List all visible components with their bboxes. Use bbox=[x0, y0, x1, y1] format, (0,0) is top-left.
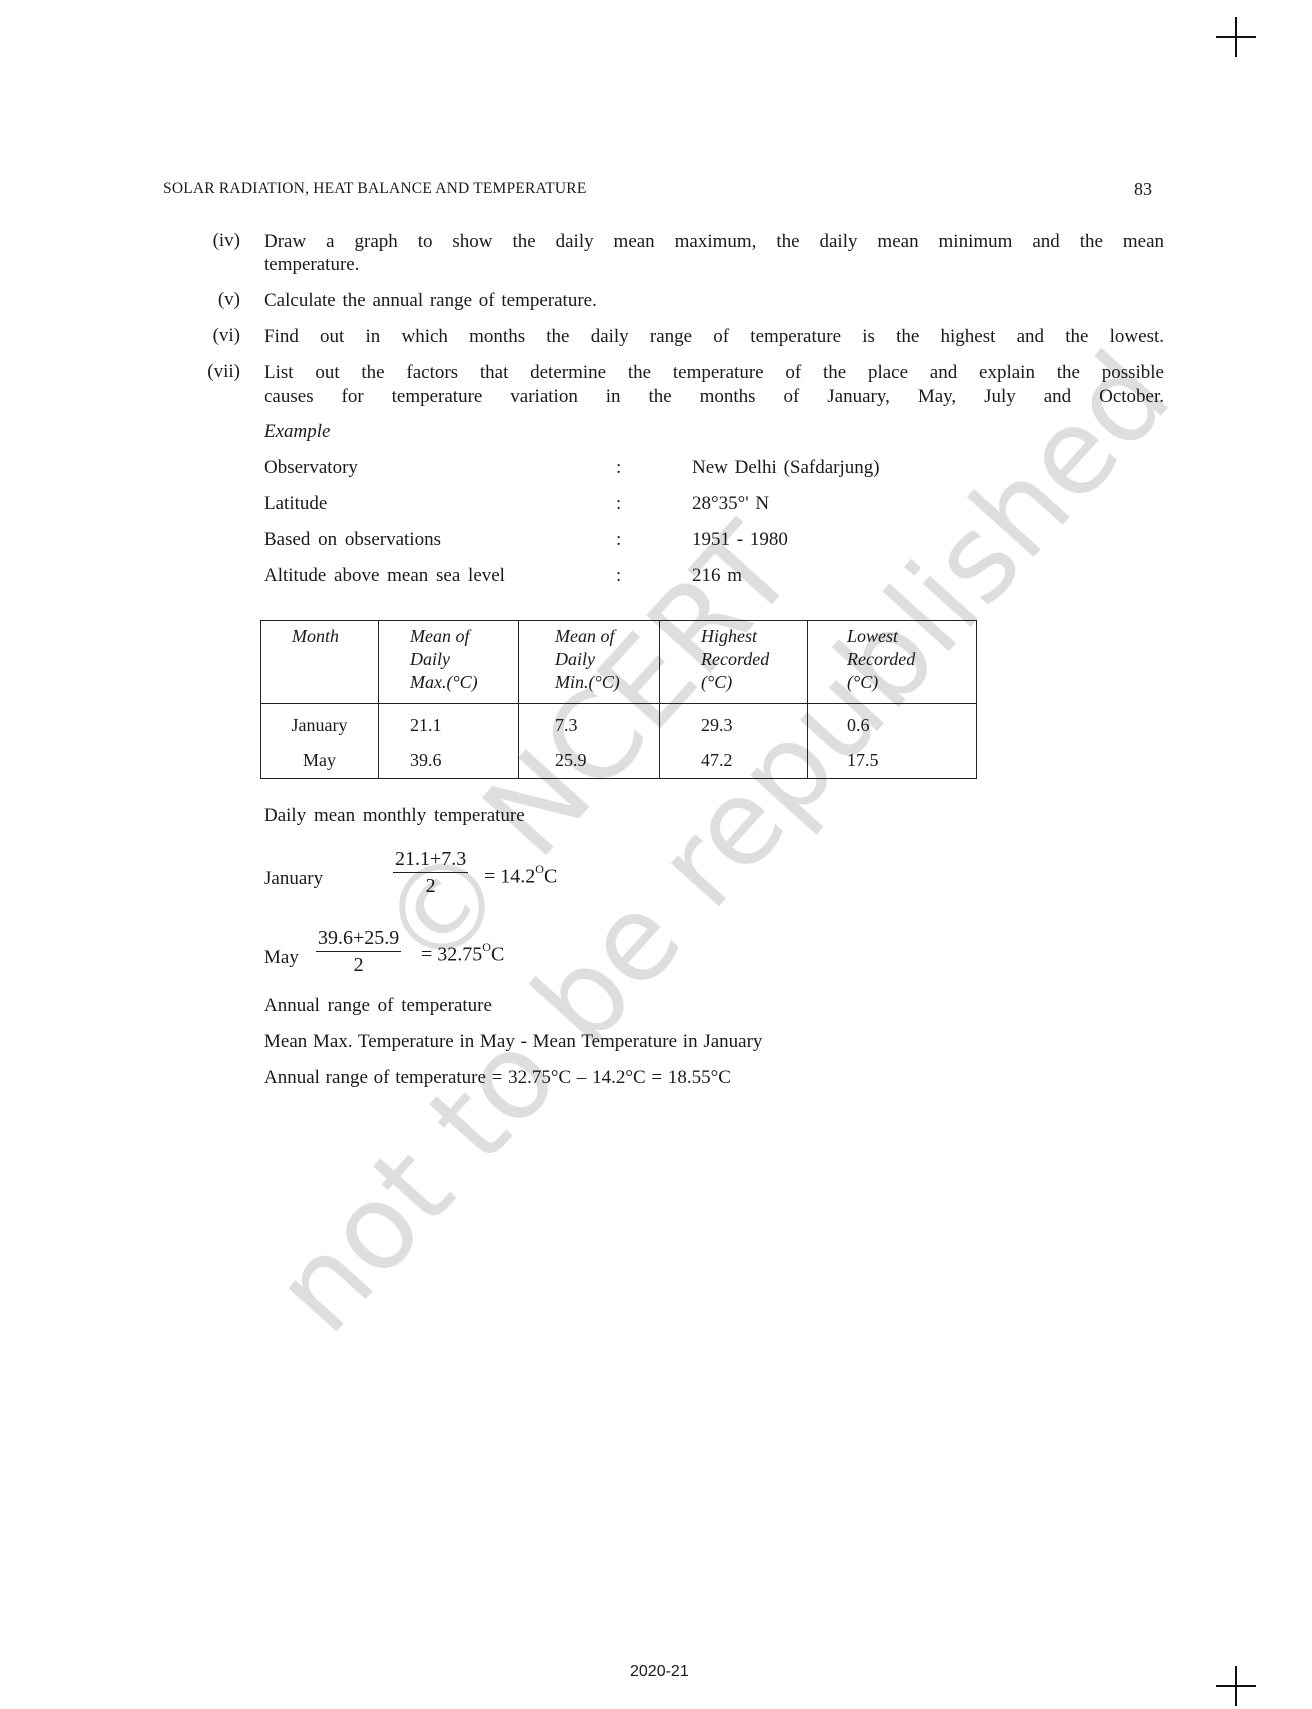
info-value: 216 m bbox=[692, 565, 742, 587]
question-number: (v) bbox=[162, 289, 240, 311]
daily-mean-heading: Daily mean monthly temperature bbox=[264, 805, 525, 827]
table-cell: 7.3 bbox=[519, 704, 660, 744]
table-cell: May bbox=[261, 743, 379, 779]
question-number: (vii) bbox=[162, 361, 240, 383]
column-header-mean-daily-min: Mean ofDailyMin.(°C) bbox=[519, 621, 660, 704]
info-label: Altitude above mean sea level bbox=[264, 565, 505, 587]
calc-result: = 32.75OC bbox=[421, 942, 504, 967]
info-label: Observatory bbox=[264, 457, 358, 479]
example-label: Example bbox=[264, 421, 330, 443]
annual-range-formula: Mean Max. Temperature in May - Mean Temp… bbox=[264, 1031, 762, 1053]
question-text: Calculate the annual range of temperatur… bbox=[264, 289, 1164, 312]
calc-result: = 14.2OC bbox=[484, 864, 557, 889]
table-cell: 17.5 bbox=[808, 743, 977, 779]
table-cell: 21.1 bbox=[379, 704, 519, 744]
question-text: causes for temperature variation in the … bbox=[264, 385, 1164, 408]
table-row: May 39.6 25.9 47.2 17.5 bbox=[261, 743, 977, 779]
table-cell: 47.2 bbox=[660, 743, 808, 779]
fraction-numerator: 21.1+7.3 bbox=[393, 846, 468, 873]
info-label: Latitude bbox=[264, 493, 327, 515]
info-colon: : bbox=[616, 529, 621, 551]
question-number: (vi) bbox=[162, 325, 240, 347]
table-cell: 39.6 bbox=[379, 743, 519, 779]
question-text: temperature. bbox=[264, 253, 1164, 276]
fraction: 39.6+25.9 2 bbox=[316, 925, 401, 978]
crop-mark-top-right-icon bbox=[1216, 17, 1256, 57]
running-title: SOLAR RADIATION, HEAT BALANCE AND TEMPER… bbox=[163, 180, 587, 198]
temperature-table: Month Mean ofDailyMax.(°C) Mean ofDailyM… bbox=[260, 620, 977, 779]
page-number: 83 bbox=[1134, 179, 1152, 200]
watermark-not-republished: not to be republished bbox=[247, 326, 1195, 1358]
table-cell: 0.6 bbox=[808, 704, 977, 744]
question-number: (iv) bbox=[162, 230, 240, 252]
column-header-lowest-recorded: LowestRecorded(°C) bbox=[808, 621, 977, 704]
info-value: 28°35°' N bbox=[692, 493, 769, 515]
question-text: List out the factors that determine the … bbox=[264, 361, 1164, 384]
column-header-month: Month bbox=[261, 621, 379, 704]
table-cell: 25.9 bbox=[519, 743, 660, 779]
fraction-numerator: 39.6+25.9 bbox=[316, 925, 401, 952]
question-text: Draw a graph to show the daily mean maxi… bbox=[264, 230, 1164, 253]
info-label: Based on observations bbox=[264, 529, 441, 551]
table-header-row: Month Mean ofDailyMax.(°C) Mean ofDailyM… bbox=[261, 621, 977, 704]
footer-year: 2020-21 bbox=[630, 1663, 689, 1681]
crop-mark-bottom-right-icon bbox=[1216, 1666, 1256, 1706]
info-colon: : bbox=[616, 493, 621, 515]
info-colon: : bbox=[616, 565, 621, 587]
table-row: January 21.1 7.3 29.3 0.6 bbox=[261, 704, 977, 744]
column-header-highest-recorded: HighestRecorded(°C) bbox=[660, 621, 808, 704]
annual-range-heading: Annual range of temperature bbox=[264, 995, 492, 1017]
question-text: Find out in which months the daily range… bbox=[264, 325, 1164, 348]
fraction: 21.1+7.3 2 bbox=[393, 846, 468, 899]
table-cell: January bbox=[261, 704, 379, 744]
fraction-denominator: 2 bbox=[393, 873, 468, 899]
calc-month-label: May bbox=[264, 947, 299, 969]
fraction-denominator: 2 bbox=[316, 952, 401, 978]
table-cell: 29.3 bbox=[660, 704, 808, 744]
info-value: 1951 - 1980 bbox=[692, 529, 788, 551]
info-value: New Delhi (Safdarjung) bbox=[692, 457, 880, 479]
annual-range-result: Annual range of temperature = 32.75°C – … bbox=[264, 1067, 731, 1089]
column-header-mean-daily-max: Mean ofDailyMax.(°C) bbox=[379, 621, 519, 704]
info-colon: : bbox=[616, 457, 621, 479]
calc-month-label: January bbox=[264, 868, 323, 890]
